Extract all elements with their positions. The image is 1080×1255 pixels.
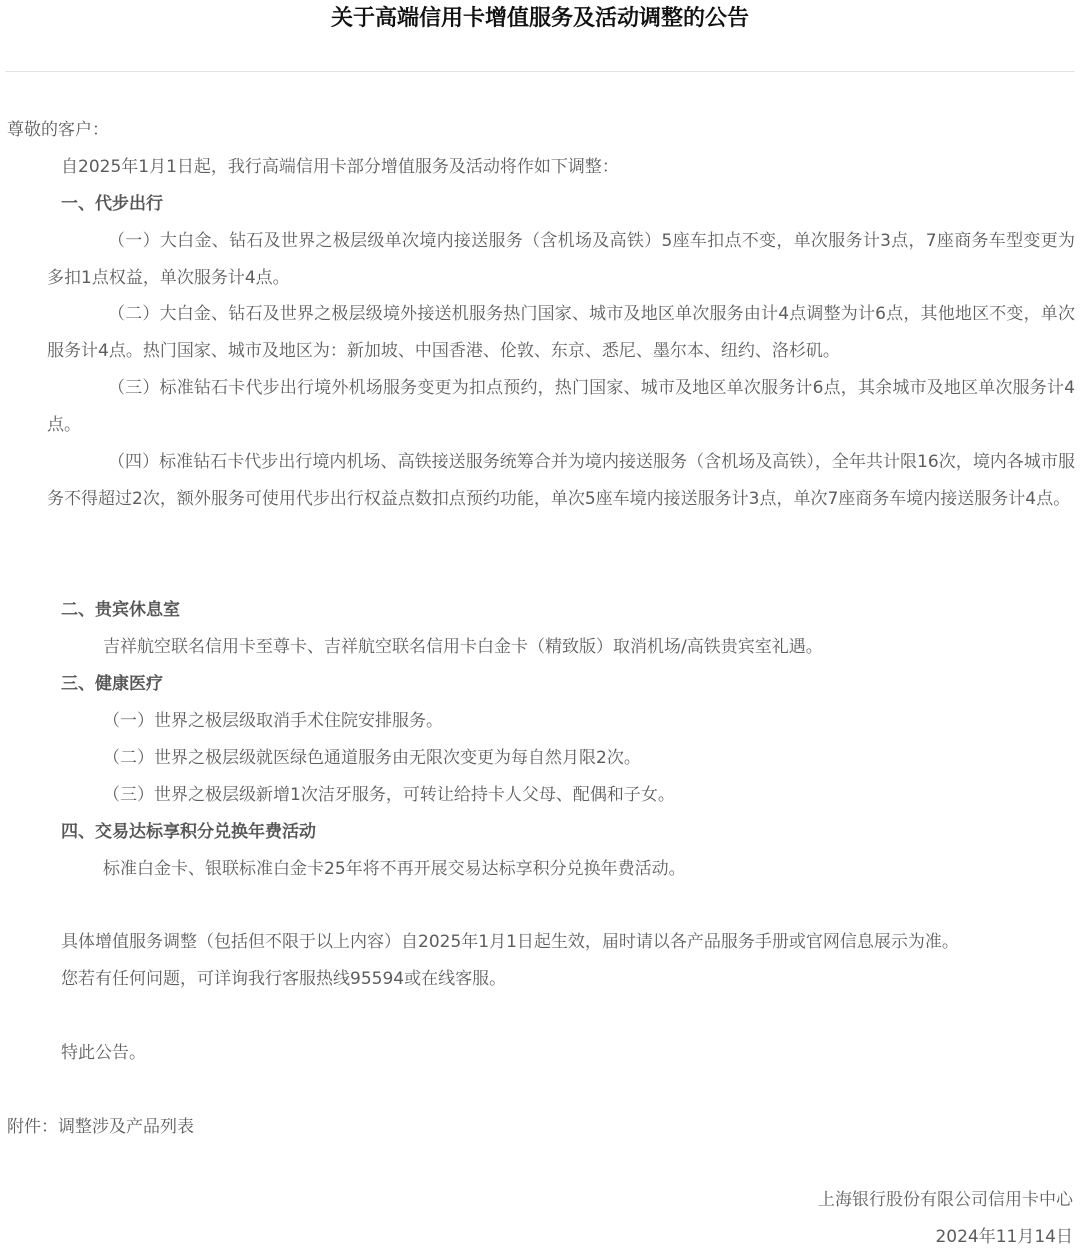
transport-item-2: （二）大白金、钻石及世界之极层级境外接送机服务热门国家、城市及地区单次服务由计4…: [47, 296, 1075, 370]
health-item-1: （一）世界之极层级取消手术住院安排服务。: [103, 709, 443, 733]
signature-issuer: 上海银行股份有限公司信用卡中心: [818, 1188, 1073, 1212]
health-item-2: （二）世界之极层级就医绿色通道服务由无限次变更为每自然月限2次。: [103, 746, 641, 770]
salutation: 尊敬的客户：: [7, 118, 109, 142]
intro-paragraph: 自2025年1月1日起，我行高端信用卡部分增值服务及活动将作如下调整：: [61, 155, 619, 179]
section-heading-points: 四、交易达标享积分兑换年费活动: [61, 820, 316, 844]
attachment-link[interactable]: 附件：调整涉及产品列表: [7, 1115, 194, 1139]
notice-title: 关于高端信用卡增值服务及活动调整的公告: [0, 2, 1080, 36]
closing-effective-date: 具体增值服务调整（包括但不限于以上内容）自2025年1月1日起生效，届时请以各产…: [61, 930, 959, 954]
closing-contact: 您若有任何问题，可详询我行客服热线95594或在线客服。: [61, 967, 506, 991]
ending-statement: 特此公告。: [61, 1041, 146, 1065]
transport-item-3: （三）标准钻石卡代步出行境外机场服务变更为扣点预约，热门国家、城市及地区单次服务…: [47, 370, 1075, 444]
points-item-1: 标准白金卡、银联标准白金卡25年将不再开展交易达标享积分兑换年费活动。: [103, 857, 686, 881]
section-heading-lounge: 二、贵宾休息室: [61, 598, 180, 622]
transport-item-1: （一）大白金、钻石及世界之极层级单次境内接送服务（含机场及高铁）5座车扣点不变，…: [47, 223, 1075, 297]
lounge-item-1: 吉祥航空联名信用卡至尊卡、吉祥航空联名信用卡白金卡（精致版）取消机场/高铁贵宾室…: [103, 635, 823, 659]
signature-date: 2024年11月14日: [935, 1225, 1073, 1249]
title-divider: [5, 71, 1075, 72]
section-heading-health: 三、健康医疗: [61, 672, 163, 696]
transport-item-4: （四）标准钻石卡代步出行境内机场、高铁接送服务统筹合并为境内接送服务（含机场及高…: [47, 444, 1075, 518]
section-heading-transport: 一、代步出行: [61, 192, 163, 216]
health-item-3: （三）世界之极层级新增1次洁牙服务，可转让给持卡人父母、配偶和子女。: [103, 783, 675, 807]
